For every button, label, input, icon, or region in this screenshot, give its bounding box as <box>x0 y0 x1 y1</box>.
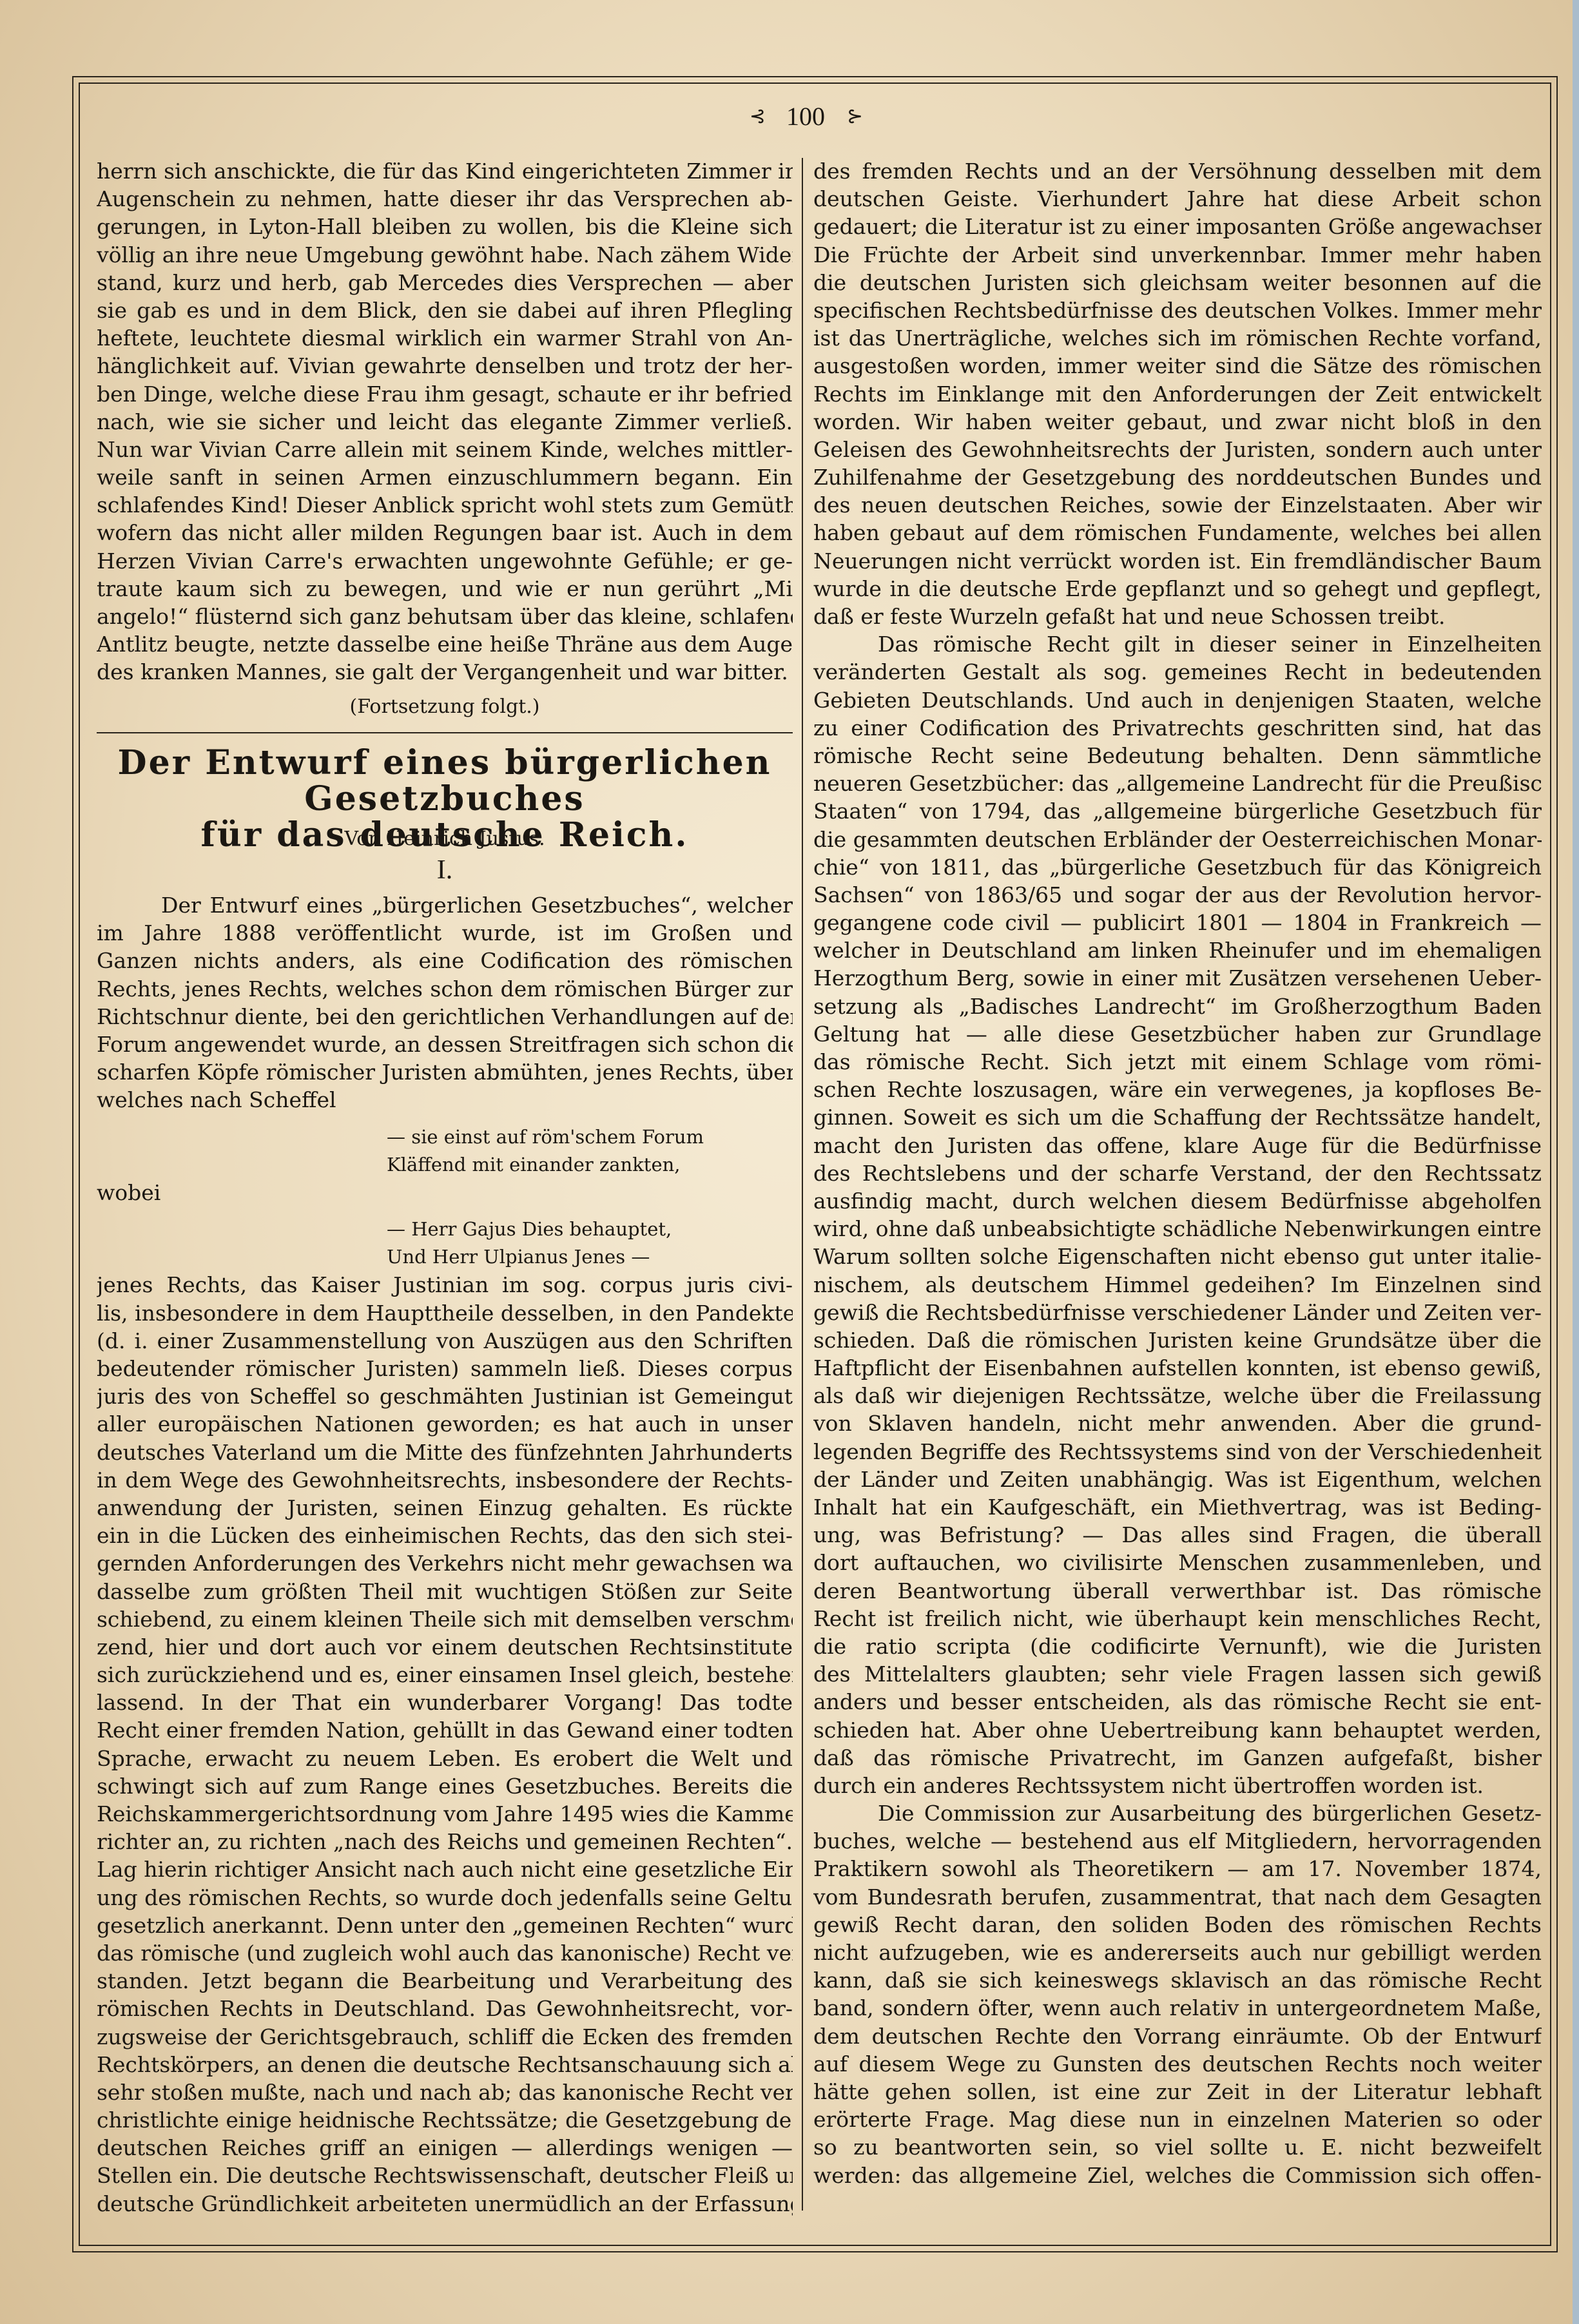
article-line: als daß wir diejenigen Rechtssätze, welc… <box>813 1382 1542 1409</box>
article-line: römische Recht seine Bedeutung behalten.… <box>813 742 1542 770</box>
article-line: neueren Gesetzbücher: das „allgemeine La… <box>813 770 1542 797</box>
article-line: Forum angewendet wurde, an dessen Streit… <box>97 1031 793 1058</box>
article-byline: Von Heinrich Justus. <box>97 828 793 850</box>
article-line: Staaten“ von 1794, das „allgemeine bürge… <box>813 797 1542 825</box>
article-line: schwingt sich auf zum Range eines Gesetz… <box>97 1772 793 1800</box>
article-line: Sprache, erwacht zu neuem Leben. Es erob… <box>97 1745 793 1772</box>
article-line: Geleisen des Gewohnheitsrechts der Juris… <box>813 436 1542 463</box>
article-line: durch ein anderes Rechtssystem nicht übe… <box>813 1772 1542 1799</box>
article-line: anders und besser entscheiden, als das r… <box>813 1688 1542 1716</box>
story-line: wofern das nicht aller milden Regungen b… <box>97 519 793 547</box>
article-line: Die Commission zur Ausarbeitung des bürg… <box>813 1799 1542 1827</box>
article-line: römischen Rechts in Deutschland. Das Gew… <box>97 1995 793 2022</box>
article-line: ginnen. Soweit es sich um die Schaffung … <box>813 1103 1542 1131</box>
article-line: nicht aufzugeben, wie es andererseits au… <box>813 1939 1542 1966</box>
continued-note: (Fortsetzung folgt.) <box>97 693 793 721</box>
article-line: sehr stoßen mußte, nach und nach ab; das… <box>97 2078 793 2106</box>
article-line: ausfindig macht, durch welchen diesem Be… <box>813 1187 1542 1215</box>
verse-line: — Herr Gajus Dies behauptet, <box>97 1215 793 1243</box>
story-line: Herzen Vivian Carre's erwachten ungewohn… <box>97 547 793 575</box>
article-line: welcher in Deutschland am linken Rheinuf… <box>813 936 1542 964</box>
article-line: bedeutender römischer Juristen) sammeln … <box>97 1355 793 1382</box>
article-line: Das römische Recht gilt in dieser seiner… <box>813 630 1542 658</box>
continued-note-block: (Fortsetzung folgt.) <box>97 693 793 721</box>
article-line: die deutschen Juristen sich gleichsam we… <box>813 269 1542 296</box>
article-line: ausgestoßen worden, immer weiter sind di… <box>813 352 1542 380</box>
article-line: Die Früchte der Arbeit sind unverkennbar… <box>813 241 1542 269</box>
article-line: Herzogthum Berg, sowie in einer mit Zusä… <box>813 964 1542 992</box>
article-line: daß das römische Privatrecht, im Ganzen … <box>813 1744 1542 1772</box>
verse-line: Und Herr Ulpianus Jenes — <box>97 1243 793 1271</box>
article-body-right: des fremden Rechts und an der Versöhnung… <box>813 157 1542 2189</box>
story-line: nach, wie sie sicher und leicht das eleg… <box>97 408 793 436</box>
article-line: in dem Wege des Gewohnheitsrechts, insbe… <box>97 1466 793 1494</box>
article-line: daß er feste Wurzeln gefaßt hat und neue… <box>813 603 1542 630</box>
article-line: die gesammten deutschen Erbländer der Oe… <box>813 826 1542 853</box>
article-line: lis, insbesondere in dem Haupttheile des… <box>97 1299 793 1327</box>
article-line: setzung als „Badisches Landrecht“ im Gro… <box>813 993 1542 1020</box>
story-line: schlafendes Kind! Dieser Anblick spricht… <box>97 491 793 519</box>
article-line: Rechtskörpers, an denen die deutsche Rec… <box>97 2051 793 2078</box>
article-line: standen. Jetzt begann die Bearbeitung un… <box>97 1967 793 1995</box>
serial-story-ending: herrn sich anschickte, die für das Kind … <box>97 157 793 686</box>
article-line: des neuen deutschen Reiches, sowie der E… <box>813 491 1542 519</box>
article-separator <box>97 732 793 733</box>
story-line: Augenschein zu nehmen, hatte dieser ihr … <box>97 185 793 213</box>
article-line: Sachsen“ von 1863/65 und sogar der aus d… <box>813 881 1542 909</box>
article-line: Ganzen nichts anders, als eine Codificat… <box>97 947 793 974</box>
column-divider <box>802 158 803 2211</box>
story-line: völlig an ihre neue Umgebung gewöhnt hab… <box>97 241 793 269</box>
story-line: Nun war Vivian Carre allein mit seinem K… <box>97 436 793 463</box>
article-line: Rechts, jenes Rechts, welches schon dem … <box>97 975 793 1003</box>
article-line: werden: das allgemeine Ziel, welches die… <box>813 2162 1542 2189</box>
article-line: des Rechtslebens und der scharfe Verstan… <box>813 1159 1542 1187</box>
article-line: das römische (und zugleich wohl auch das… <box>97 1939 793 1967</box>
page-header: ⊰ 100 ⊱ <box>709 97 902 135</box>
article-line: gernden Anforderungen des Verkehrs nicht… <box>97 1549 793 1577</box>
article-line: dasselbe zum größten Theil mit wuchtigen… <box>97 1578 793 1605</box>
article-line: Rechts im Einklange mit den Anforderunge… <box>813 380 1542 408</box>
article-line: juris des von Scheffel so geschmähten Ju… <box>97 1382 793 1410</box>
verse-connector: wobei <box>97 1179 793 1206</box>
article-line: Lag hierin richtiger Ansicht nach auch n… <box>97 1855 793 1883</box>
article-line: Reichskammergerichtsordnung vom Jahre 14… <box>97 1800 793 1828</box>
article-line: die ratio scripta (die codificirte Vernu… <box>813 1632 1542 1660</box>
story-line: angelo!“ flüsternd sich ganz behutsam üb… <box>97 603 793 630</box>
article-line: welches nach Scheffel <box>97 1086 793 1114</box>
article-line: ein in die Lücken des einheimischen Rech… <box>97 1522 793 1549</box>
article-line: deutschen Geiste. Vierhundert Jahre hat … <box>813 185 1542 213</box>
article-line: aller europäischen Nationen geworden; es… <box>97 1410 793 1438</box>
story-line: heftete, leuchtete diesmal wirklich ein … <box>97 324 793 352</box>
article-line: christlichte einige heidnische Rechtssät… <box>97 2106 793 2134</box>
story-line: traute kaum sich zu bewegen, und wie er … <box>97 575 793 603</box>
article-line: auf diesem Wege zu Gunsten des deutschen… <box>813 2050 1542 2078</box>
section-numeral: I. <box>97 855 793 886</box>
article-line: Zuhilfenahme der Gesetzgebung des nordde… <box>813 463 1542 491</box>
article-line: chie“ von 1811, das „bürgerliche Gesetzb… <box>813 853 1542 881</box>
article-line: gewiß die Rechtsbedürfnisse verschiedene… <box>813 1299 1542 1326</box>
article-line: schieden hat. Aber ohne Uebertreibung ka… <box>813 1716 1542 1744</box>
article-line: gewiß Recht daran, den soliden Boden des… <box>813 1911 1542 1939</box>
article-line: legenden Begriffe des Rechtssystems sind… <box>813 1438 1542 1466</box>
article-line: der Länder und Zeiten unabhängig. Was is… <box>813 1466 1542 1493</box>
article-line: Inhalt hat ein Kaufgeschäft, ein Miethve… <box>813 1493 1542 1521</box>
article-line: deutschen Reiches griff an einigen — all… <box>97 2134 793 2162</box>
article-line: richter an, zu richten „nach des Reichs … <box>97 1828 793 1855</box>
article-line: das römische Recht. Sich jetzt mit einem… <box>813 1048 1542 1076</box>
article-line: so zu beantworten sein, so viel sollte u… <box>813 2133 1542 2161</box>
story-line: Antlitz beugte, netzte dasselbe eine hei… <box>97 630 793 658</box>
article-line: gesetzlich anerkannt. Denn unter den „ge… <box>97 1912 793 1939</box>
story-line: ben Dinge, welche diese Frau ihm gesagt,… <box>97 380 793 408</box>
article-line: ung des römischen Rechts, so wurde doch … <box>97 1884 793 1912</box>
article-line: nischem, als deutschem Himmel gedeihen? … <box>813 1271 1542 1299</box>
article-line: jenes Rechts, das Kaiser Justinian im so… <box>97 1271 793 1299</box>
article-line: Neuerungen nicht verrückt worden ist. Ei… <box>813 547 1542 575</box>
story-line: gerungen, in Lyton-Hall bleiben zu wolle… <box>97 213 793 240</box>
article-line: haben gebaut auf dem römischen Fundament… <box>813 519 1542 547</box>
article-line: scharfen Köpfe römischer Juristen abmüht… <box>97 1058 793 1086</box>
article-line: deren Beantwortung überall verwerthbar i… <box>813 1577 1542 1605</box>
article-line: zugsweise der Gerichtsgebrauch, schliff … <box>97 2023 793 2051</box>
article-line: wird, ohne daß unbeabsichtigte schädlich… <box>813 1215 1542 1243</box>
ornament-left-icon: ⊰ <box>750 105 764 128</box>
article-line: band, sondern öfter, wenn auch relativ i… <box>813 1994 1542 2022</box>
article-line: Geltung hat — alle diese Gesetzbücher ha… <box>813 1020 1542 1048</box>
article-line: zend, hier und dort auch vor einem deuts… <box>97 1633 793 1661</box>
article-line: schieden. Daß die römischen Juristen kei… <box>813 1326 1542 1354</box>
article-line: Haftpflicht der Eisenbahnen aufstellen k… <box>813 1354 1542 1382</box>
article-line: kann, daß sie sich keineswegs sklavisch … <box>813 1966 1542 1994</box>
story-line: herrn sich anschickte, die für das Kind … <box>97 157 793 185</box>
article-line: von Sklaven handeln, nicht mehr anwenden… <box>813 1409 1542 1437</box>
article-line: hätte gehen sollen, ist eine zur Zeit in… <box>813 2078 1542 2106</box>
article-line: erörterte Frage. Mag diese nun in einzel… <box>813 2106 1542 2133</box>
verse-line: Kläffend mit einander zankten, <box>97 1151 793 1179</box>
article-line: des fremden Rechts und an der Versöhnung… <box>813 157 1542 185</box>
article-line: des Mittelalters glaubten; sehr viele Fr… <box>813 1660 1542 1688</box>
article-line: anwendung der Juristen, seinen Einzug ge… <box>97 1494 793 1522</box>
article-line: buches, welche — bestehend aus elf Mitgl… <box>813 1827 1542 1855</box>
article-line: veränderten Gestalt als sog. gemeines Re… <box>813 658 1542 686</box>
article-line: schen Rechte loszusagen, wäre ein verweg… <box>813 1076 1542 1103</box>
article-line: wurde in die deutsche Erde gepflanzt und… <box>813 575 1542 603</box>
article-line: macht den Juristen das offene, klare Aug… <box>813 1132 1542 1159</box>
story-line: hänglichkeit auf. Vivian gewahrte densel… <box>97 352 793 380</box>
story-line: des kranken Mannes, sie galt der Vergang… <box>97 658 793 686</box>
article-line: deutsches Vaterland um die Mitte des fün… <box>97 1438 793 1466</box>
article-line: Recht einer fremden Nation, gehüllt in d… <box>97 1716 793 1744</box>
article-line: Recht ist freilich nicht, wie überhaupt … <box>813 1605 1542 1632</box>
article-line: dort auftauchen, wo civilisirte Menschen… <box>813 1549 1542 1576</box>
article-line: schiebend, zu einem kleinen Theile sich … <box>97 1605 793 1633</box>
article-line: Stellen ein. Die deutsche Rechtswissensc… <box>97 2162 793 2189</box>
spacer <box>97 1114 793 1123</box>
page-number: 100 <box>786 101 825 131</box>
spacer <box>97 1206 793 1215</box>
article-line: Richtschnur diente, bei den gerichtliche… <box>97 1003 793 1031</box>
article-line: ist das Unerträgliche, welches sich im r… <box>813 324 1542 352</box>
article-line: Praktikern sowohl als Theoretikern — am … <box>813 1855 1542 1883</box>
article-line: (d. i. einer Zusammenstellung von Auszüg… <box>97 1327 793 1355</box>
verse-line: — sie einst auf röm'schem Forum <box>97 1123 793 1151</box>
ornament-right-icon: ⊱ <box>847 105 862 128</box>
article-line: ung, was Befristung? — Das alles sind Fr… <box>813 1521 1542 1549</box>
story-line: stand, kurz und herb, gab Mercedes dies … <box>97 269 793 296</box>
article-line: Warum sollten solche Eigenschaften nicht… <box>813 1243 1542 1270</box>
article-line: deutsche Gründlichkeit arbeiteten unermü… <box>97 2190 793 2218</box>
article-line: sich zurückziehend und es, einer einsame… <box>97 1661 793 1689</box>
article-line: Der Entwurf eines „bürgerlichen Gesetzbu… <box>97 891 793 919</box>
article-line: specifischen Rechtsbedürfnisse des deuts… <box>813 296 1542 324</box>
article-title-line-1: Der Entwurf eines bürgerlichen Gesetzbuc… <box>97 745 793 817</box>
story-line: sie gab es und in dem Blick, den sie dab… <box>97 296 793 324</box>
article-line: gedauert; die Literatur ist zu einer imp… <box>813 213 1542 240</box>
story-line: weile sanft in seinen Armen einzuschlumm… <box>97 463 793 491</box>
article-line: gegangene code civil — publicirt 1801 — … <box>813 909 1542 936</box>
article-line: Gebieten Deutschlands. Und auch in denje… <box>813 686 1542 714</box>
article-line: dem deutschen Rechte den Vorrang einräum… <box>813 2022 1542 2050</box>
article-line: im Jahre 1888 veröffentlicht wurde, ist … <box>97 919 793 947</box>
article-line: worden. Wir haben weiter gebaut, und zwa… <box>813 408 1542 436</box>
article-line: lassend. In der That ein wunderbarer Vor… <box>97 1689 793 1716</box>
article-body-left: Der Entwurf eines „bürgerlichen Gesetzbu… <box>97 891 793 2218</box>
article-line: vom Bundesrath berufen, zusammentrat, th… <box>813 1883 1542 1911</box>
article-line: zu einer Codification des Privatrechts g… <box>813 714 1542 742</box>
